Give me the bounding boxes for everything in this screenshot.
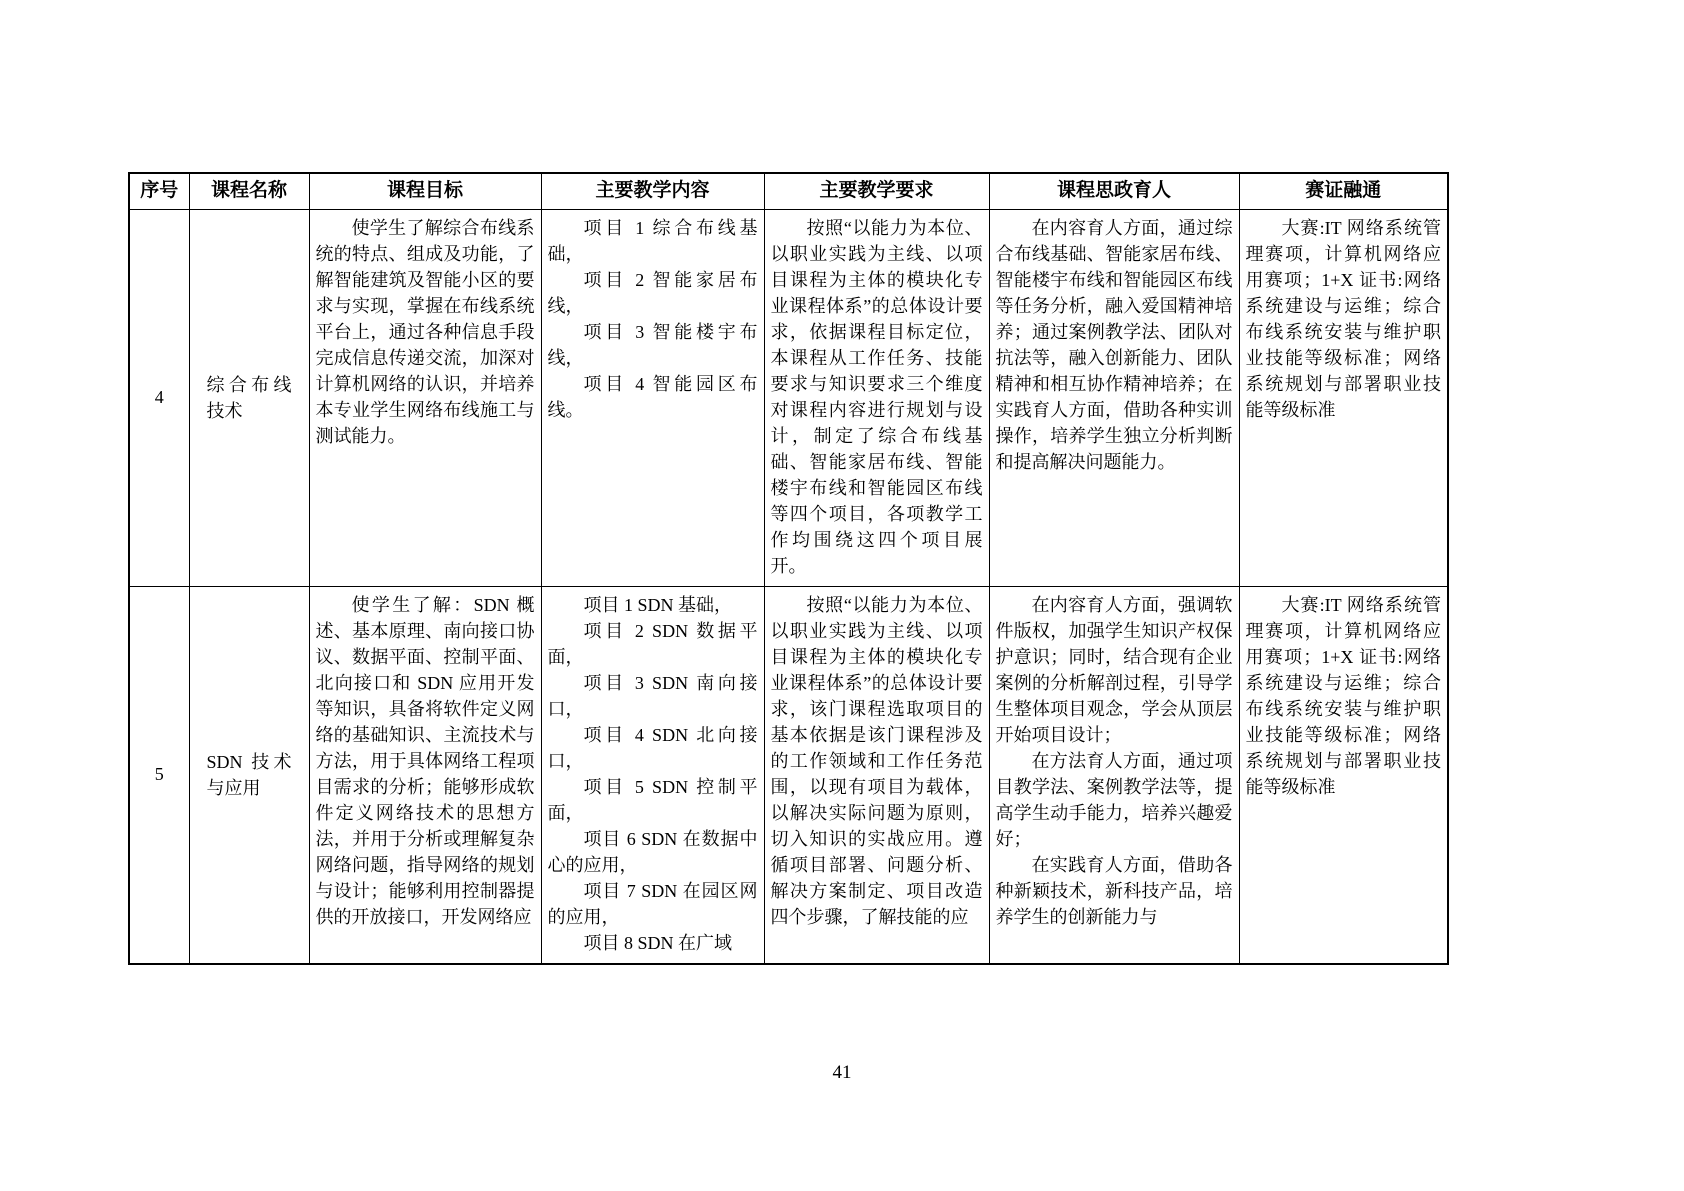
row-number: 5: [129, 586, 189, 964]
course-table-header: 序号 课程名称 课程目标 主要教学内容 主要教学要求 课程思政育人 赛证融通: [129, 173, 1448, 209]
certification-integration-paragraph: 大赛:IT 网络系统管理赛项，计算机网络应用赛项；1+X 证书:网络系统建设与运…: [1246, 215, 1442, 423]
teaching-requirement-paragraph: 按照“以能力为本位、以职业实践为主线、以项目课程为主体的模块化专业课程体系”的总…: [771, 592, 983, 930]
course-table-body: 4综合布线技术使学生了解综合布线系统的特点、组成及功能，了解智能建筑及智能小区的…: [129, 209, 1448, 964]
header-cell-teaching-content: 主要教学内容: [541, 173, 764, 209]
teaching-content: 项目 1 综合布线基础，项目 2 智能家居布线，项目 3 智能楼宇布线，项目 4…: [541, 209, 764, 586]
ideology-education-paragraph: 在内容育人方面，通过综合布线基础、智能家居布线、智能楼宇布线和智能园区布线等任务…: [996, 215, 1233, 475]
ideology-education-paragraph: 在实践育人方面，借助各种新颖技术，新科技产品，培养学生的创新能力与: [996, 852, 1233, 930]
course-row-5: 5SDN 技术与应用使学生了解：SDN 概述、基本原理、南向接口协议、数据平面、…: [129, 586, 1448, 964]
course-objective-paragraph: 使学生了解综合布线系统的特点、组成及功能，了解智能建筑及智能小区的要求与实现，掌…: [316, 215, 535, 449]
teaching-requirement: 按照“以能力为本位、以职业实践为主线、以项目课程为主体的模块化专业课程体系”的总…: [764, 209, 989, 586]
certification-integration: 大赛:IT 网络系统管理赛项，计算机网络应用赛项；1+X 证书:网络系统建设与运…: [1239, 586, 1448, 964]
teaching-content-paragraph: 项目 4 智能园区布线。: [548, 371, 758, 423]
course-row-4: 4综合布线技术使学生了解综合布线系统的特点、组成及功能，了解智能建筑及智能小区的…: [129, 209, 1448, 586]
ideology-education: 在内容育人方面，通过综合布线基础、智能家居布线、智能楼宇布线和智能园区布线等任务…: [989, 209, 1239, 586]
course-name: 综合布线技术: [189, 209, 309, 586]
teaching-content-paragraph: 项目 3 智能楼宇布线，: [548, 319, 758, 371]
teaching-content-paragraph: 项目 2 SDN 数据平面，: [548, 618, 758, 670]
teaching-content-paragraph: 项目 2 智能家居布线，: [548, 267, 758, 319]
ideology-education: 在内容育人方面，强调软件版权，加强学生知识产权保护意识；同时，结合现有企业案例的…: [989, 586, 1239, 964]
teaching-content-paragraph: 项目 4 SDN 北向接口，: [548, 722, 758, 774]
ideology-education-paragraph: 在方法育人方面，通过项目教学法、案例教学法等，提高学生动手能力，培养兴趣爱好；: [996, 748, 1233, 852]
document-page: 序号 课程名称 课程目标 主要教学内容 主要教学要求 课程思政育人 赛证融通 4…: [0, 0, 1684, 1191]
row-number: 4: [129, 209, 189, 586]
course-objective: 使学生了解综合布线系统的特点、组成及功能，了解智能建筑及智能小区的要求与实现，掌…: [309, 209, 541, 586]
header-cell-course-name: 课程名称: [189, 173, 309, 209]
header-cell-number: 序号: [129, 173, 189, 209]
teaching-content-paragraph: 项目 1 综合布线基础，: [548, 215, 758, 267]
ideology-education-paragraph: 在内容育人方面，强调软件版权，加强学生知识产权保护意识；同时，结合现有企业案例的…: [996, 592, 1233, 748]
course-name: SDN 技术与应用: [189, 586, 309, 964]
teaching-content-paragraph: 项目 8 SDN 在广域: [548, 930, 758, 956]
header-cell-certification: 赛证融通: [1239, 173, 1448, 209]
page-number: 41: [0, 1062, 1684, 1084]
course-objective-paragraph: 使学生了解：SDN 概述、基本原理、南向接口协议、数据平面、控制平面、北向接口和…: [316, 592, 535, 930]
certification-integration-paragraph: 大赛:IT 网络系统管理赛项，计算机网络应用赛项；1+X 证书:网络系统建设与运…: [1246, 592, 1442, 800]
header-cell-teaching-requirement: 主要教学要求: [764, 173, 989, 209]
course-table: 序号 课程名称 课程目标 主要教学内容 主要教学要求 课程思政育人 赛证融通 4…: [128, 172, 1449, 965]
header-row: 序号 课程名称 课程目标 主要教学内容 主要教学要求 课程思政育人 赛证融通: [129, 173, 1448, 209]
header-cell-ideology: 课程思政育人: [989, 173, 1239, 209]
teaching-content-paragraph: 项目 1 SDN 基础，: [548, 592, 758, 618]
teaching-content-paragraph: 项目 6 SDN 在数据中心的应用，: [548, 826, 758, 878]
header-cell-objective: 课程目标: [309, 173, 541, 209]
teaching-requirement: 按照“以能力为本位、以职业实践为主线、以项目课程为主体的模块化专业课程体系”的总…: [764, 586, 989, 964]
teaching-content-paragraph: 项目 5 SDN 控制平面，: [548, 774, 758, 826]
teaching-content-paragraph: 项目 7 SDN 在园区网的应用，: [548, 878, 758, 930]
teaching-content: 项目 1 SDN 基础，项目 2 SDN 数据平面，项目 3 SDN 南向接口，…: [541, 586, 764, 964]
teaching-content-paragraph: 项目 3 SDN 南向接口，: [548, 670, 758, 722]
course-objective: 使学生了解：SDN 概述、基本原理、南向接口协议、数据平面、控制平面、北向接口和…: [309, 586, 541, 964]
teaching-requirement-paragraph: 按照“以能力为本位、以职业实践为主线、以项目课程为主体的模块化专业课程体系”的总…: [771, 215, 983, 579]
certification-integration: 大赛:IT 网络系统管理赛项，计算机网络应用赛项；1+X 证书:网络系统建设与运…: [1239, 209, 1448, 586]
